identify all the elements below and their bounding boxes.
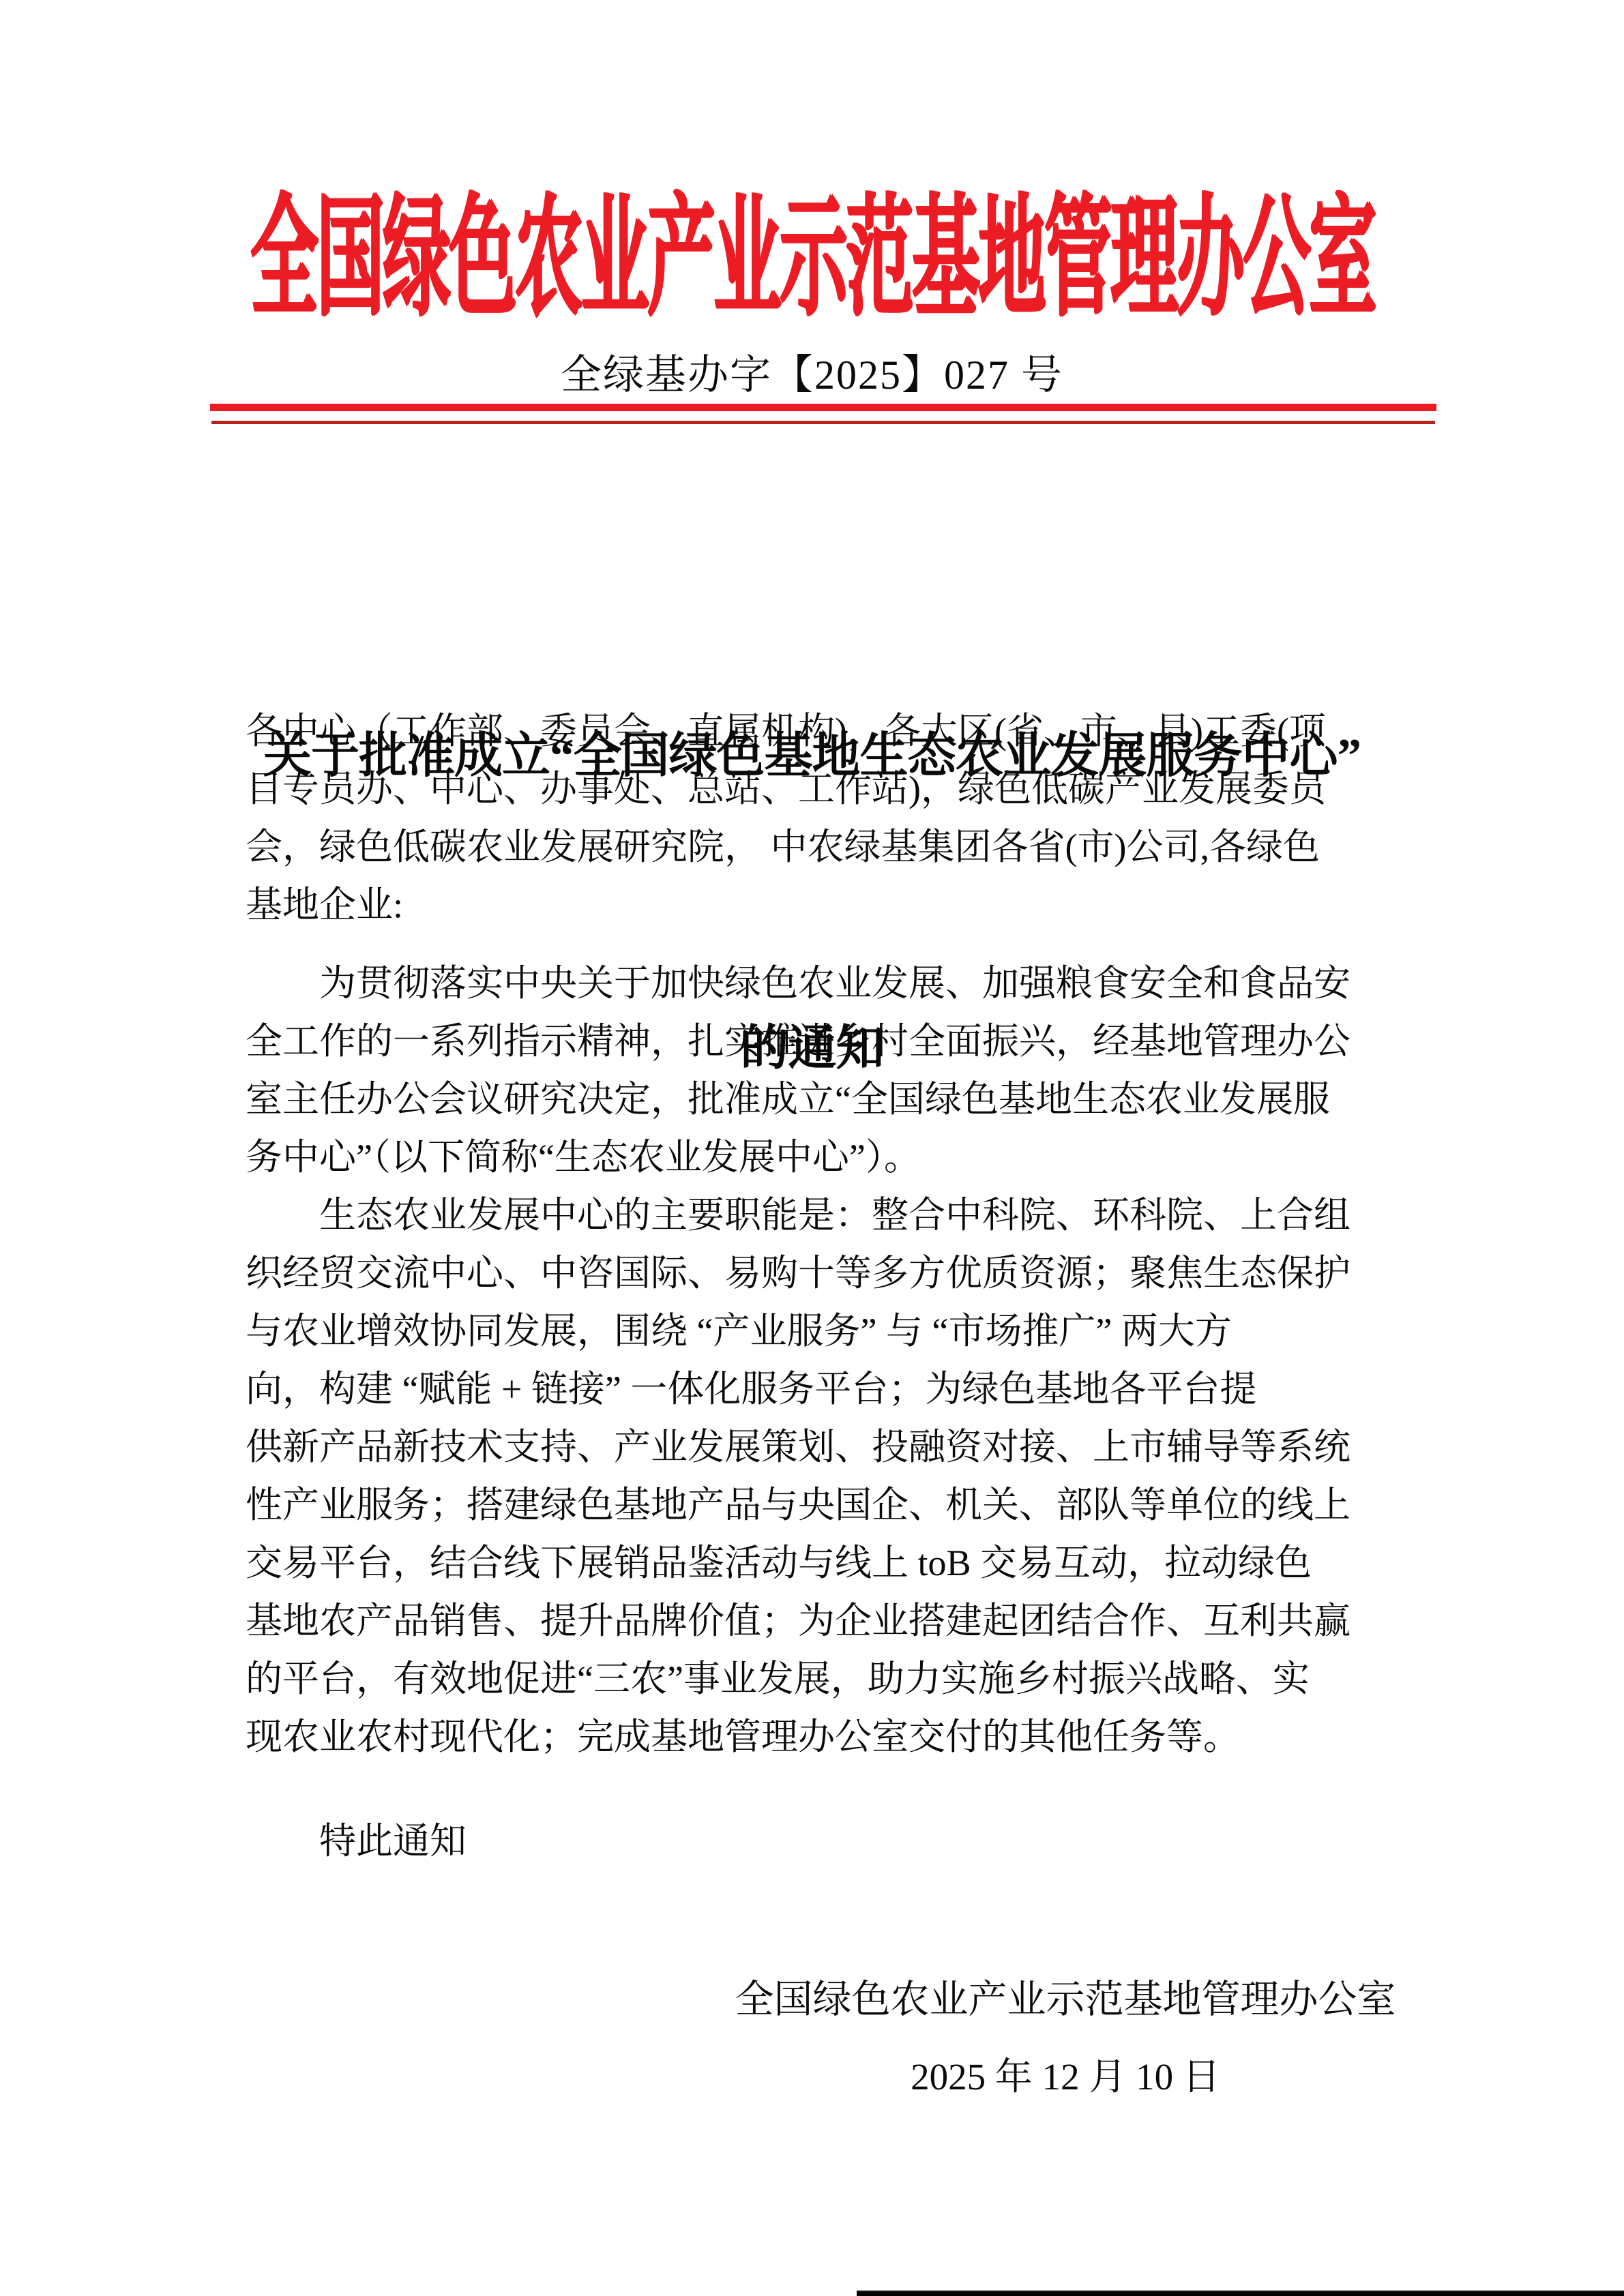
body-text-line: 向，构建 “赋能 + 链接” 一体化服务平台；为绿色基地各平台提 [246,1360,1391,1418]
body-text-line: 现农业农村现代化；完成基地管理办公室交付的其他任务等。 [246,1708,1391,1766]
body-text-line: 与农业增效协同发展，围绕 “产业服务” 与 “市场推广” 两大方 [246,1302,1391,1360]
body-text-line: 基地农产品销售、提升品牌价值；为企业搭建起团结合作、互利共赢 [246,1592,1391,1650]
body-text-line: 交易平台，结合线下展销品鉴活动与线上 toB 交易互动，拉动绿色 [246,1534,1391,1592]
header-rule-thick [210,404,1436,411]
body-text-line: 会，绿色低碳农业发展研究院， 中农绿基集团各省(市)公司,各绿色 [246,818,1391,876]
paragraph-functions: 生态农业发展中心的主要职能是：整合中科院、环科院、上合组织经贸交流中心、中咨国际… [246,1187,1391,1766]
letterhead-org-title: 全国绿色农业产业示范基地管理办公室 [250,192,1374,324]
body-text-line: 目专员办、中心、办事处、总站、工作站)，绿色低碳产业发展委员 [246,760,1391,818]
body-text-line: 供新产品新技术支持、产业发展策划、投融资对接、上市辅导等系统 [246,1418,1391,1476]
closing-note: 特此通知 [246,1813,1391,1870]
body-text-line: 全工作的一系列指示精神，扎实推进乡村全面振兴，经基地管理办公 [246,1013,1391,1071]
signature-org: 全国绿色农业产业示范基地管理办公室 [724,1969,1406,2031]
body-text-line: 各中心（工作部、委员会、直属机构)，各大区(省、市、县)工委(项 [246,702,1391,760]
signature-block: 全国绿色农业产业示范基地管理办公室 2025 年 12 月 10 日 [724,1969,1406,2104]
body-text-line: 生态农业发展中心的主要职能是：整合中科院、环科院、上合组 [246,1187,1391,1244]
body-text-line: 室主任办公会议研究决定，批准成立“全国绿色基地生态农业发展服 [246,1071,1391,1129]
document-number: 全绿基办字【2025】027 号 [0,349,1624,401]
body-text-line: 的平台，有效地促进“三农”事业发展，助力实施乡村振兴战略、实 [246,1650,1391,1708]
paragraph-approval: 为贯彻落实中央关于加快绿色农业发展、加强粮食安全和食品安全工作的一系列指示精神，… [246,955,1391,1187]
body-text-line: 织经贸交流中心、中咨国际、易购十等多方优质资源；聚焦生态保护 [246,1244,1391,1302]
bottom-edge-artifact [857,2290,1624,2296]
body-text-line: 务中心”（以下简称“生态农业发展中心”）。 [246,1129,1391,1187]
body-text-line: 为贯彻落实中央关于加快绿色农业发展、加强粮食安全和食品安 [246,955,1391,1013]
signature-date: 2025 年 12 月 10 日 [724,2050,1406,2104]
body-text-line: 基地企业: [246,876,1391,934]
body-text: 各中心（工作部、委员会、直属机构)，各大区(省、市、县)工委(项目专员办、中心、… [246,702,1391,1870]
body-text-line: 性产业服务；搭建绿色基地产品与央国企、机关、部队等单位的线上 [246,1476,1391,1534]
paragraph-recipients: 各中心（工作部、委员会、直属机构)，各大区(省、市、县)工委(项目专员办、中心、… [246,702,1391,934]
official-notice-document: 全国绿色农业产业示范基地管理办公室 全绿基办字【2025】027 号 关于批准成… [0,0,1624,2296]
header-rule-thin [211,421,1435,424]
letterhead: 全国绿色农业产业示范基地管理办公室 [0,192,1624,260]
